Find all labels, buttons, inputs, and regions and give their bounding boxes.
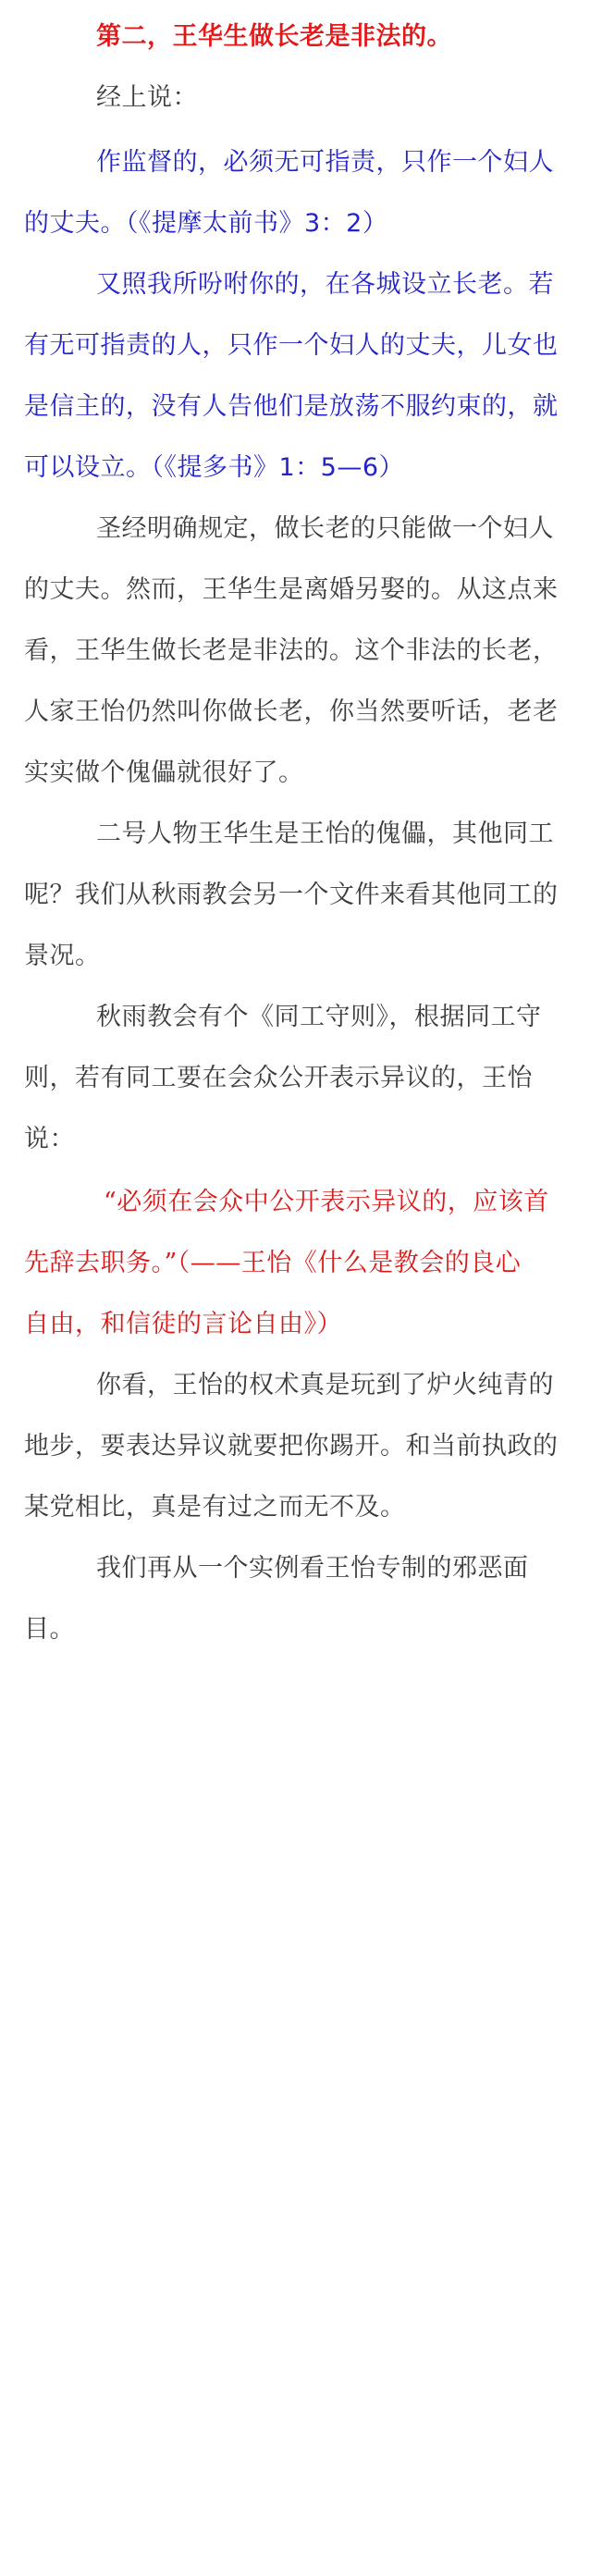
para-4-line-1: 你看，王怡的权术真是玩到了炉火纯青的 xyxy=(96,1371,554,1400)
para-4-line-3: 某党相比，真是有过之而无不及。 xyxy=(24,1493,406,1522)
para-2-line-1: 二号人物王华生是王怡的傀儡，其他同工 xyxy=(96,820,554,849)
scripture-2-line-1: 又照我所吩咐你的，在各城设立长老。若 xyxy=(96,270,554,300)
para-3-line-3: 说： xyxy=(24,1125,75,1154)
para-2-line-3: 景况。 xyxy=(24,942,101,971)
scripture-2-line-2: 有无可指责的人，只作一个妇人的丈夫，儿女也 xyxy=(24,331,559,361)
para-1-line-5: 实实做个傀儡就很好了。 xyxy=(24,758,304,788)
quote-1-line-3: 自由，和信徒的言论自由》） xyxy=(24,1310,342,1339)
para-3-line-2: 则，若有同工要在会众公开表示异议的，王怡 xyxy=(24,1064,533,1093)
para-3-line-1: 秋雨教会有个《同工守则》，根据同工守 xyxy=(96,1003,542,1032)
quote-1-line-1: “必须在会众中公开表示异议的，应该首 xyxy=(104,1188,549,1217)
scripture-2-line-3: 是信主的，没有人告他们是放荡不服约束的，就 xyxy=(24,392,559,422)
section-two-heading: 第二，王华生做长老是非法的。 xyxy=(96,22,452,52)
para-2-line-2: 呢？我们从秋雨教会另一个文件来看其他同工的 xyxy=(24,881,559,910)
para-4-line-2: 地步，要表达异议就要把你踢开。和当前执政的 xyxy=(24,1432,559,1461)
para-1-line-1: 圣经明确规定，做长老的只能做一个妇人 xyxy=(96,514,554,544)
para-1-line-4: 人家王怡仍然叫你做长老，你当然要听话，老老 xyxy=(24,697,559,727)
quote-1-line-2: 先辞去职务。”（——王怡《什么是教会的良心 xyxy=(24,1249,521,1278)
document-page: 第二，王华生做长老是非法的。 经上说： 作监督的，必须无可指责，只作一个妇人 的… xyxy=(0,0,590,2576)
para-5-line-1: 我们再从一个实例看王怡专制的邪恶面 xyxy=(96,1554,529,1584)
scripture-1-line-1: 作监督的，必须无可指责，只作一个妇人 xyxy=(96,148,554,178)
scripture-intro: 经上说： xyxy=(96,83,198,113)
para-5-line-2: 目。 xyxy=(24,1615,75,1645)
para-1-line-3: 看，王华生做长老是非法的。这个非法的长老， xyxy=(24,636,559,666)
scripture-2-line-4: 可以设立。（《提多书》1：5—6） xyxy=(24,453,404,483)
para-1-line-2: 的丈夫。然而，王华生是离婚另娶的。从这点来 xyxy=(24,575,559,605)
scripture-1-line-2: 的丈夫。（《提摩太前书》3：2） xyxy=(24,209,387,239)
